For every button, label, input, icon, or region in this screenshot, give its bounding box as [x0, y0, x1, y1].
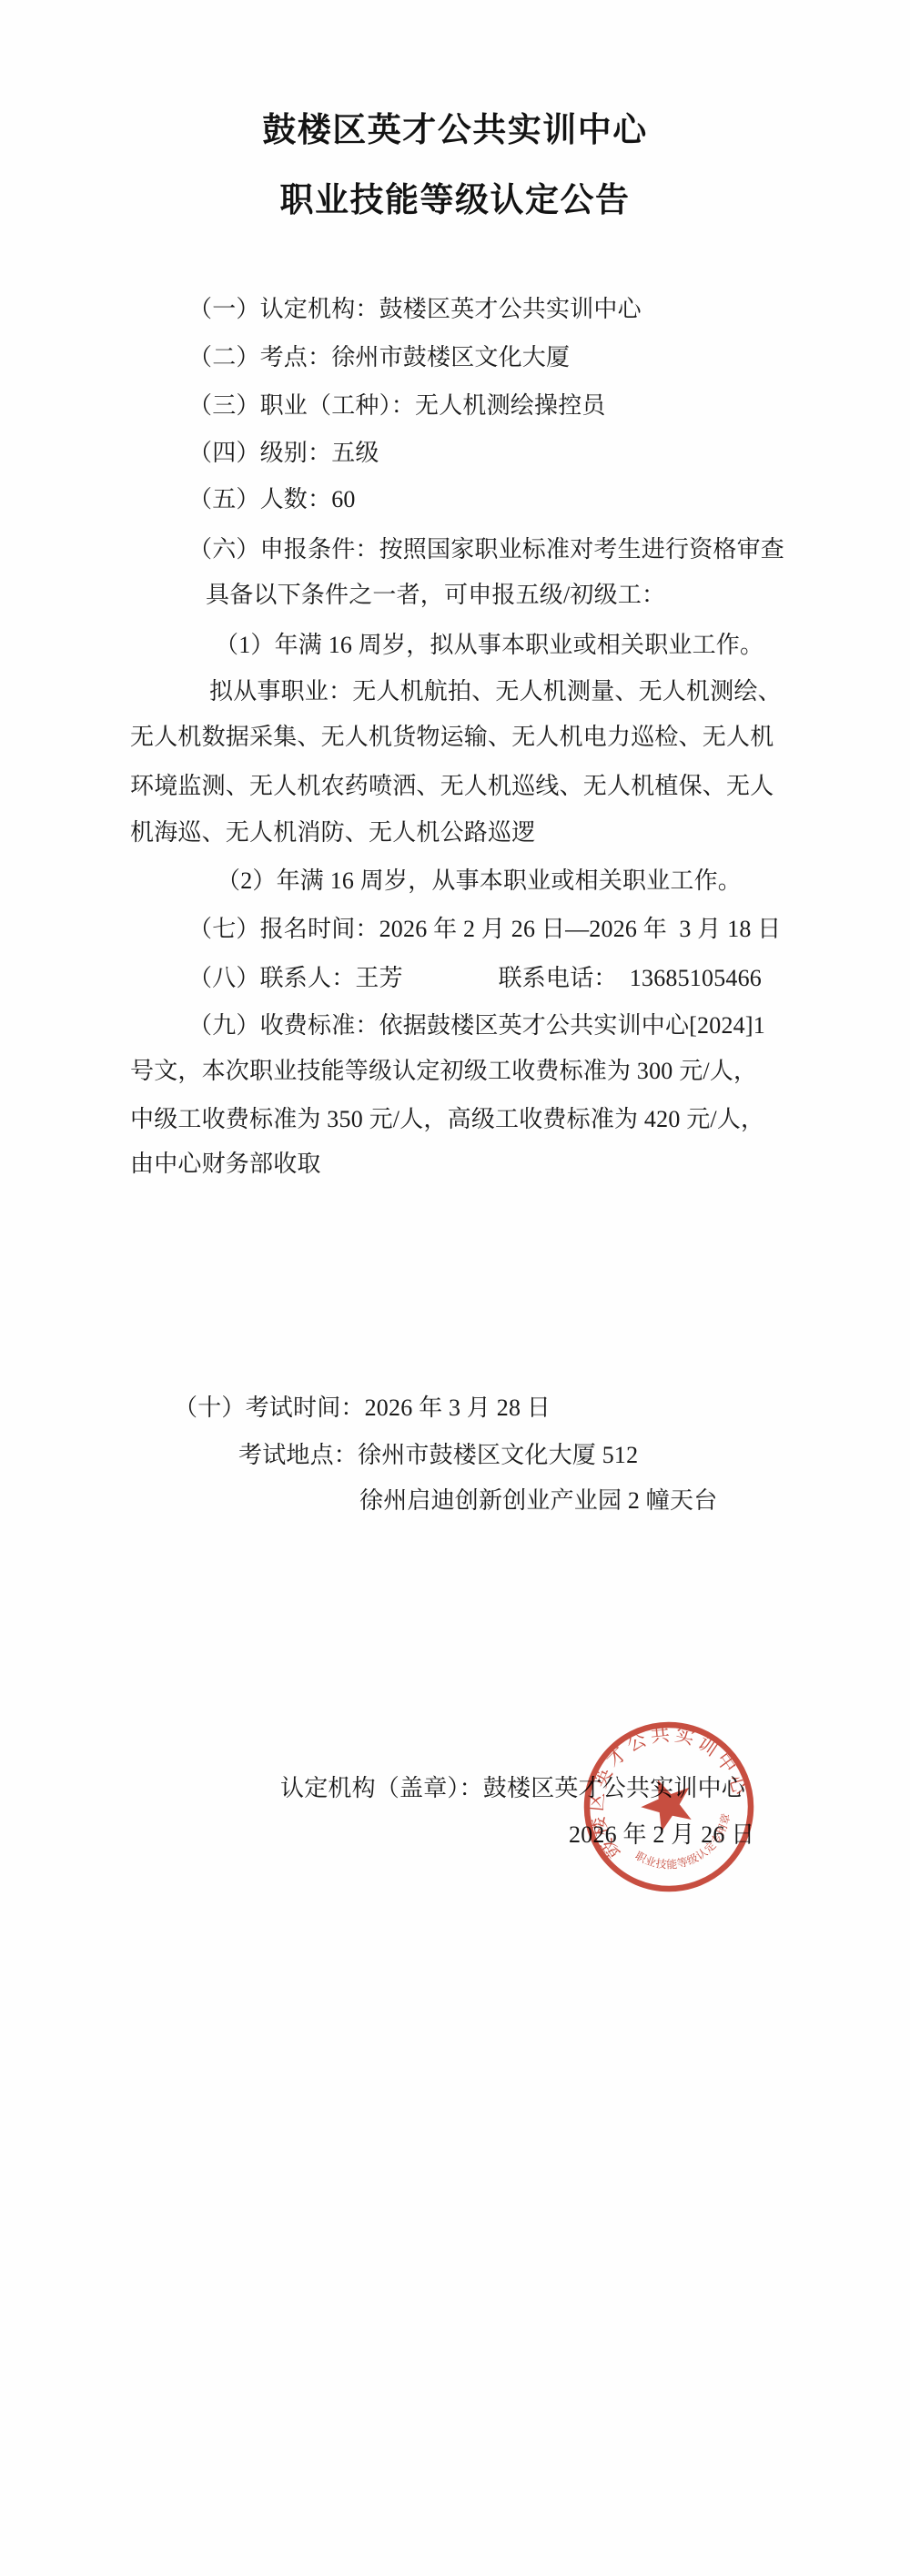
item-registration-time: （七）报名时间：2026 年 2 月 26 日—2026 年 3 月 18 日 [188, 911, 782, 948]
seal-ring [562, 1700, 775, 1913]
item-headcount: （五）人数：60 [188, 482, 356, 518]
exam-location-line-1: 考试地点：徐州市鼓楼区文化大厦 512 [238, 1437, 638, 1474]
intended-jobs-line-3: 环境监测、无人机农药喷洒、无人机巡线、无人机植保、无人 [130, 768, 773, 805]
seal-rotated-group: 鼓楼区英才公共实训中心 职业技能等级认定专用章 [562, 1700, 775, 1913]
intended-jobs-line-4: 机海巡、无人机消防、无人机公路巡逻 [130, 815, 535, 851]
signature-agency-line: 认定机构（盖章）：鼓楼区英才公共实训中心 [280, 1770, 745, 1807]
item-application-conditions: （六）申报条件：按照国家职业标准对考生进行资格审查 [188, 532, 784, 568]
item-fee-standard-line-4: 由中心财务部收取 [130, 1146, 321, 1182]
item-contact: （八）联系人：王芳 联系电话： 13685105466 [188, 960, 762, 997]
announcement-document: 鼓楼区英才公共实训中心 职业技能等级认定公告 （一）认定机构：鼓楼区英才公共实训… [0, 0, 910, 2576]
item-exam-site: （二）考点：徐州市鼓楼区文化大厦 [188, 340, 570, 376]
document-title-line-2: 职业技能等级认定公告 [0, 172, 910, 221]
condition-2-line: （2）年满 16 周岁，从事本职业或相关职业工作。 [217, 863, 742, 899]
conditions-intro-line: 具备以下条件之一者，可申报五级/初级工： [206, 577, 665, 614]
item-certifying-agency: （一）认定机构：鼓楼区英才公共实训中心 [188, 291, 642, 328]
condition-1-line: （1）年满 16 周岁，拟从事本职业或相关职业工作。 [215, 627, 763, 664]
exam-location-line-2: 徐州启迪创新创业产业园 2 幢天台 [359, 1483, 717, 1519]
signature-date-line: 2026 年 2 月 26 日 [569, 1817, 755, 1853]
official-seal: 鼓楼区英才公共实训中心 职业技能等级认定专用章 [562, 1700, 775, 1913]
item-fee-standard-line-1: （九）收费标准：依据鼓楼区英才公共实训中心[2024]1 [188, 1008, 765, 1044]
document-title-line-1: 鼓楼区英才公共实训中心 [0, 102, 910, 151]
intended-jobs-line-1: 拟从事职业：无人机航拍、无人机测量、无人机测绘、 [209, 674, 782, 710]
item-fee-standard-line-2: 号文，本次职业技能等级认定初级工收费标准为 300 元/人， [130, 1053, 757, 1090]
item-occupation: （三）职业（工种）：无人机测绘操控员 [188, 388, 606, 424]
item-level: （四）级别：五级 [188, 435, 379, 472]
item-exam-time: （十）考试时间：2026 年 3 月 28 日 [174, 1390, 551, 1426]
intended-jobs-line-2: 无人机数据采集、无人机货物运输、无人机电力巡检、无人机 [130, 719, 773, 756]
item-fee-standard-line-3: 中级工收费标准为 350 元/人，高级工收费标准为 420 元/人， [130, 1101, 764, 1138]
